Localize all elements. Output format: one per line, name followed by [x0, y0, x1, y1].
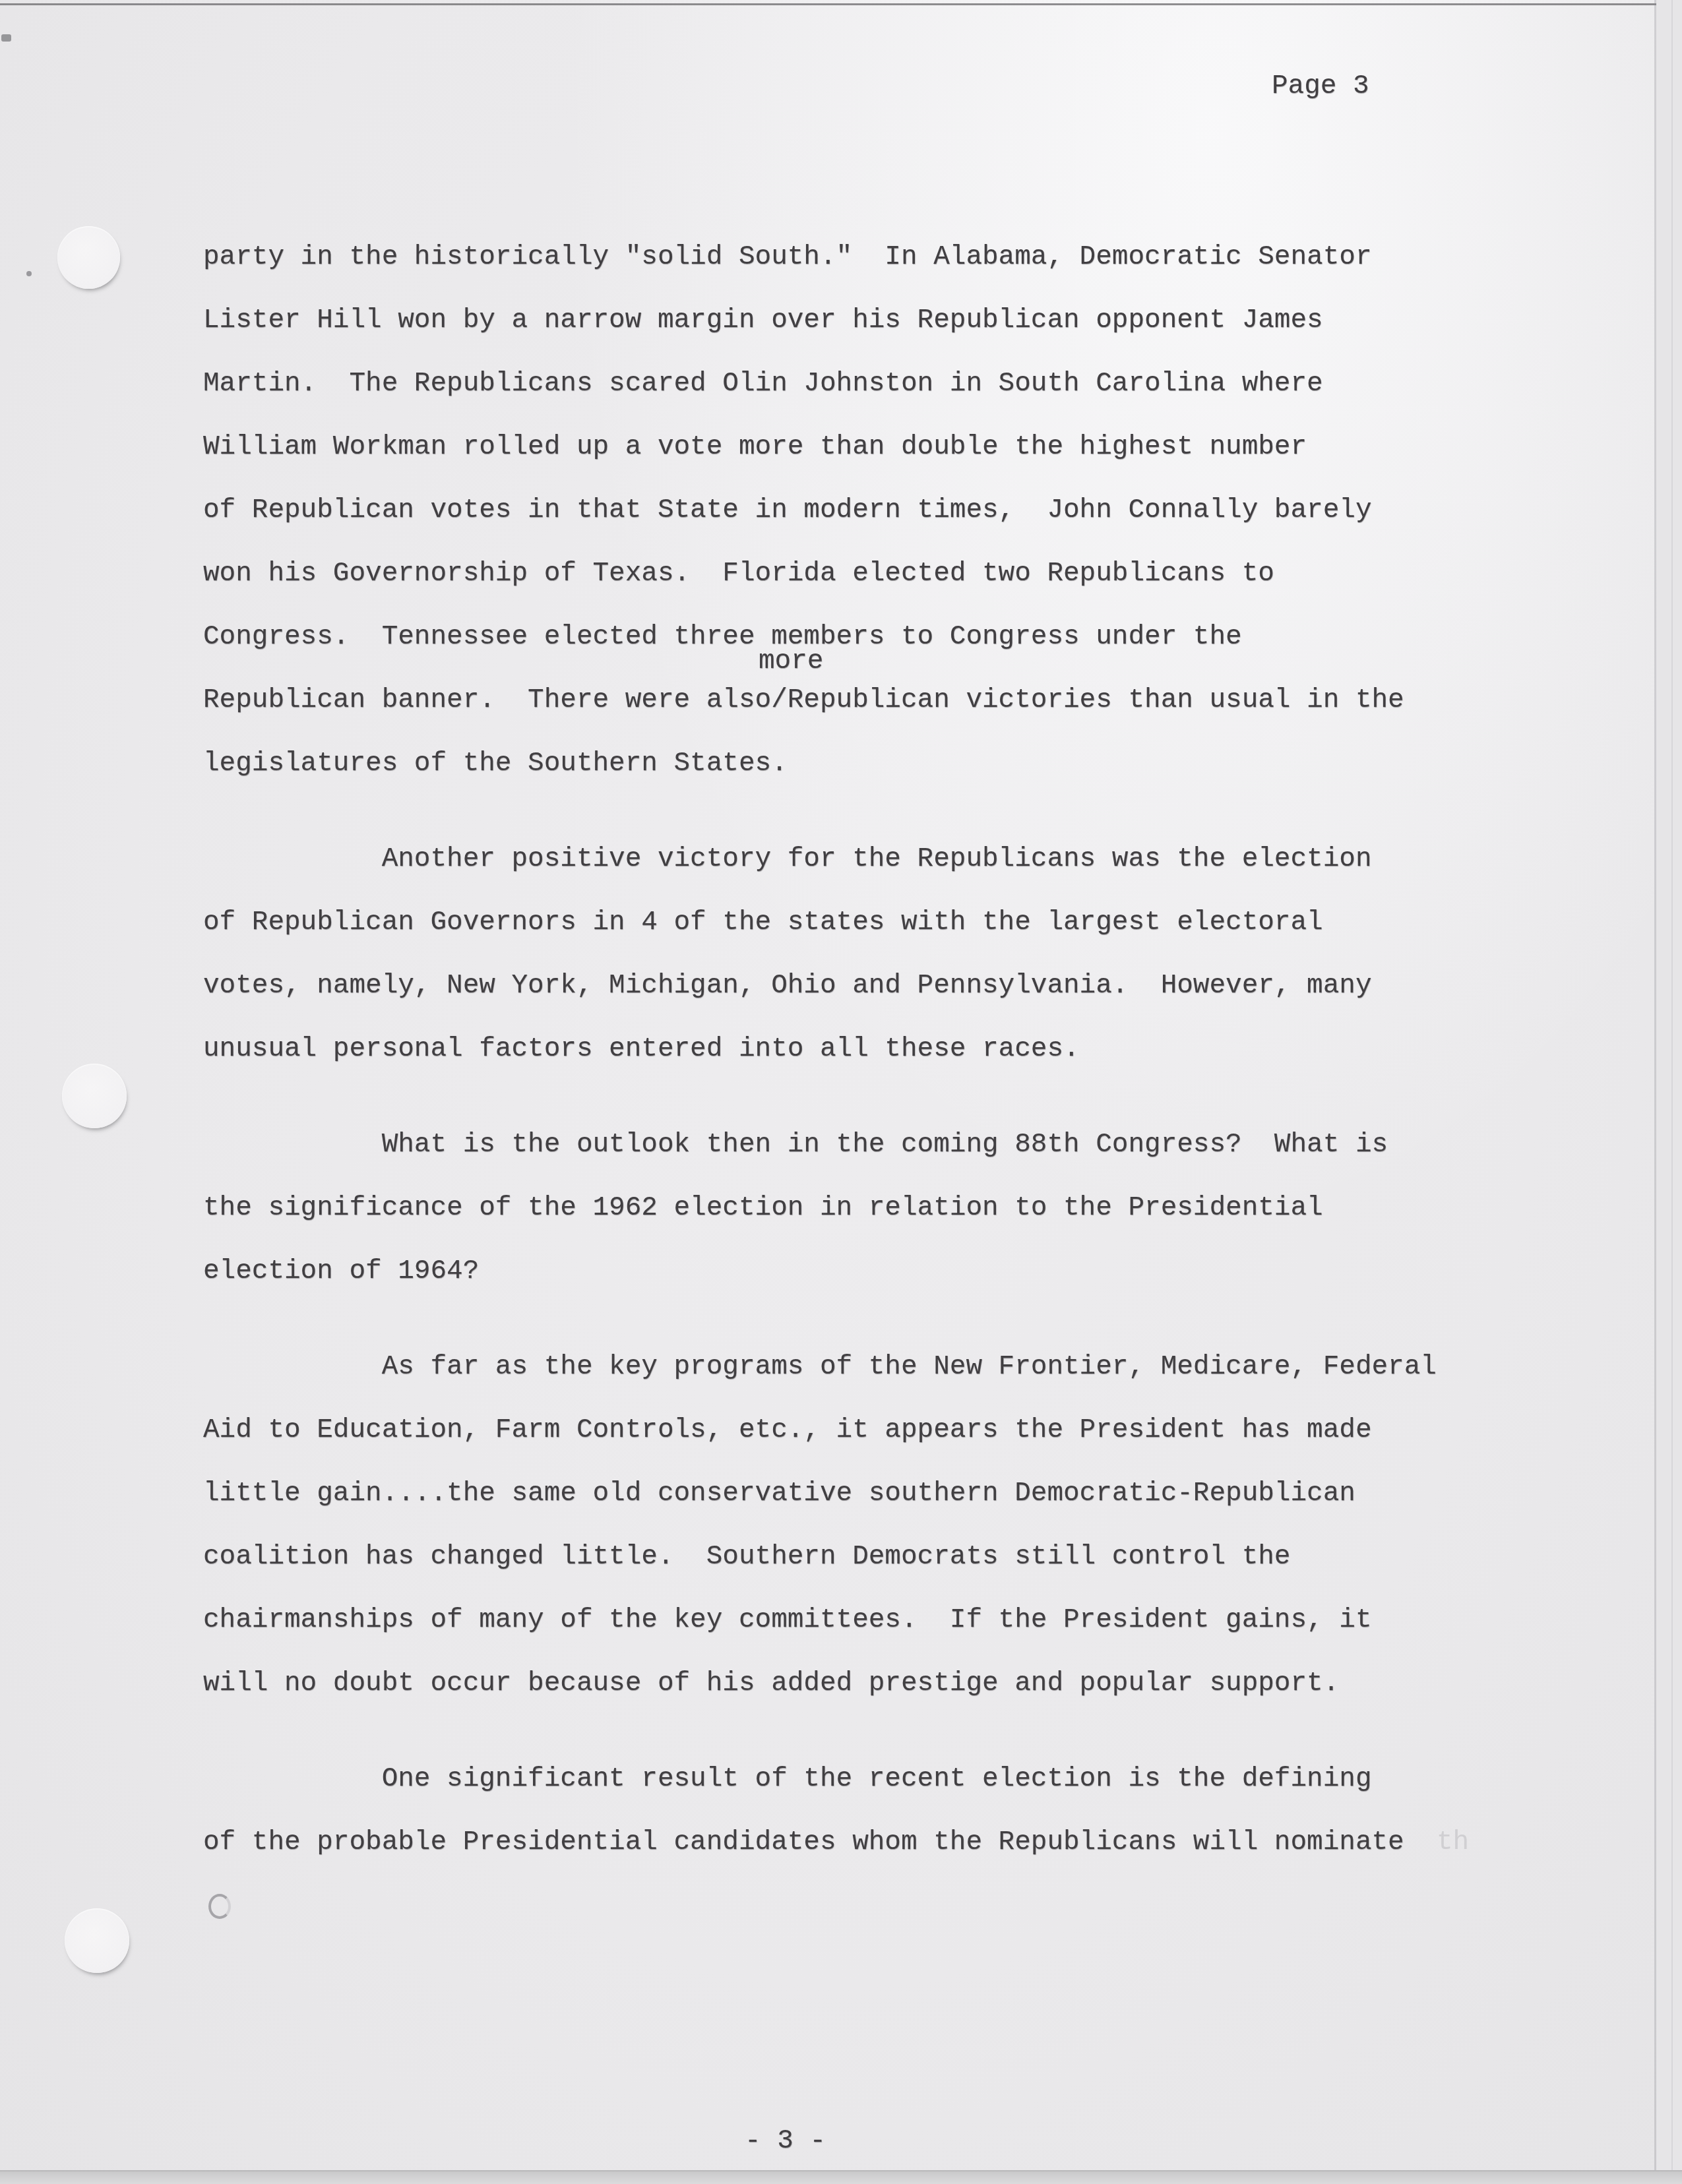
paragraph: Another positive victory for the Republi… — [203, 828, 1470, 1081]
ghost-text: th — [1404, 1827, 1469, 1858]
text-line: As far as the key programs of the New Fr… — [203, 1335, 1470, 1399]
text-line: coalition has changed little. Southern D… — [203, 1525, 1470, 1589]
page-header: Page 3 — [1272, 71, 1369, 102]
stray-ink-mark — [208, 1894, 231, 1919]
text-line: legislatures of the Southern States. — [203, 732, 1470, 795]
text-line: Aid to Education, Farm Controls, etc., i… — [203, 1399, 1470, 1462]
text-line: of Republican Governors in 4 of the stat… — [203, 891, 1470, 954]
punch-hole-middle — [62, 1064, 127, 1128]
text-line: of Republican votes in that State in mod… — [203, 479, 1470, 542]
paper-right-margin-band — [1656, 0, 1682, 2184]
scan-bottom-edge — [0, 2170, 1682, 2184]
text-line: What is the outlook then in the coming 8… — [203, 1113, 1470, 1176]
paper-speck — [1, 34, 11, 42]
text-line: Martin. The Republicans scared Olin John… — [203, 352, 1470, 415]
text-line: the significance of the 1962 election in… — [203, 1176, 1470, 1240]
text-line: Lister Hill won by a narrow margin over … — [203, 289, 1470, 352]
punch-hole-top — [57, 226, 120, 289]
text-line: won his Governorship of Texas. Florida e… — [203, 542, 1470, 605]
text-line: of the probable Presidential candidates … — [203, 1811, 1470, 1874]
text-line: William Workman rolled up a vote more th… — [203, 415, 1470, 479]
scanned-document-page: Page 3 party in the historically "solid … — [0, 0, 1682, 2184]
paper-speck — [26, 271, 32, 276]
text-line: votes, namely, New York, Michigan, Ohio … — [203, 954, 1470, 1017]
text-line: Congress. Tennessee elected three member… — [203, 605, 1470, 669]
paper-right-edge-line — [1654, 0, 1656, 2184]
text-line: will no doubt occur because of his added… — [203, 1652, 1470, 1715]
document-body: party in the historically "solid South."… — [203, 226, 1470, 1874]
paragraph: One significant result of the recent ele… — [203, 1747, 1470, 1874]
scan-top-edge — [0, 3, 1682, 5]
text-line: One significant result of the recent ele… — [203, 1747, 1470, 1811]
text-line: Another positive victory for the Republi… — [203, 828, 1470, 891]
page-footer: - 3 - — [745, 2126, 826, 2156]
punch-hole-bottom — [65, 1908, 129, 1973]
text-line: unusual personal factors entered into al… — [203, 1017, 1470, 1081]
paragraph: party in the historically "solid South."… — [203, 226, 1470, 795]
text-line: Republican banner. There were also/Repub… — [203, 669, 1470, 732]
paragraph: As far as the key programs of the New Fr… — [203, 1335, 1470, 1715]
text-line: party in the historically "solid South."… — [203, 226, 1470, 289]
paper-right-edge-line-faint — [1671, 0, 1673, 2184]
typed-insertion-word: more — [759, 648, 823, 675]
text-line: little gain....the same old conservative… — [203, 1462, 1470, 1525]
paragraph: What is the outlook then in the coming 8… — [203, 1113, 1470, 1303]
text-line: election of 1964? — [203, 1240, 1470, 1303]
text-line: chairmanships of many of the key committ… — [203, 1589, 1470, 1652]
